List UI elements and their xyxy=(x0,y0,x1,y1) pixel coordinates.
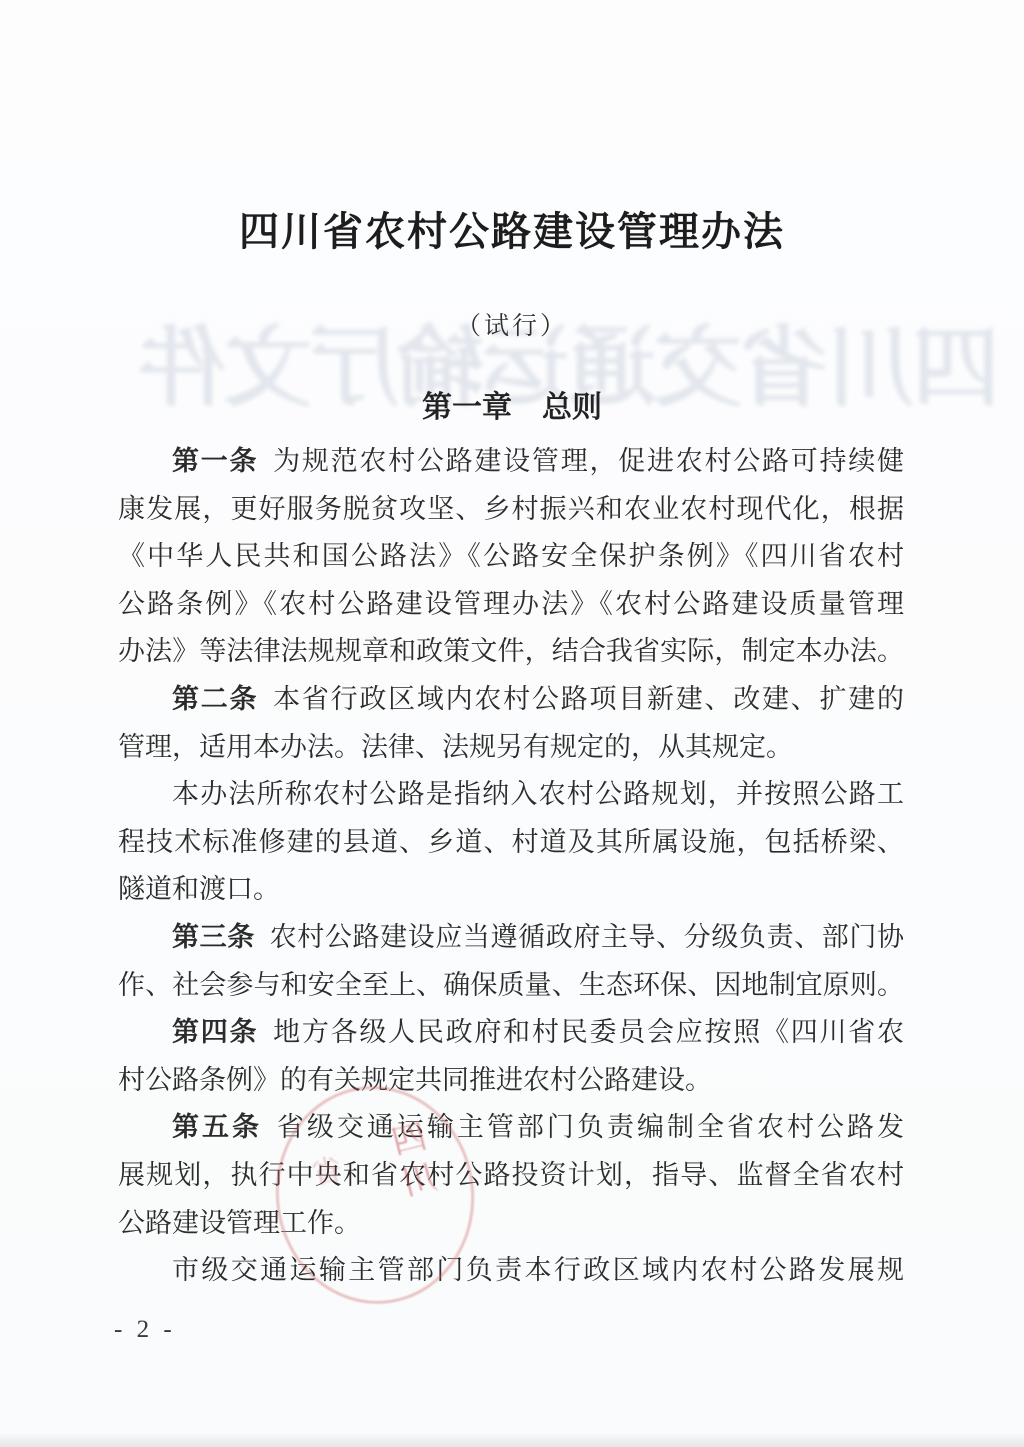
text-line: 第三条农村公路建设应当遵循政府主导、分级负责、部门协 xyxy=(118,914,904,962)
page-number: - 2 - xyxy=(114,1316,176,1344)
seal-text-column: 四川 xyxy=(384,1115,452,1208)
text-line: 第二条本省行政区域内农村公路项目新建、改建、扩建的 xyxy=(118,676,904,724)
text-line-content: 本省行政区域内农村公路项目新建、改建、扩建的 xyxy=(273,684,904,714)
trial-subtitle: （试行） xyxy=(0,306,1024,342)
text-line-content: 为规范农村公路建设管理，促进农村公路可持续健 xyxy=(273,446,904,476)
text-line: 管理，适用本办法。法律、法规另有规定的，从其规定。 xyxy=(118,724,904,772)
article-number-label: 第三条 xyxy=(172,922,255,952)
law-article-3: 第三条农村公路建设应当遵循政府主导、分级负责、部门协 作、社会参与和安全至上、确… xyxy=(118,914,904,1009)
document-page: 四川省交通运输厅文件 四川省农村公路建设管理办法 （试行） 第一章 总则 第一条… xyxy=(0,0,1024,1447)
chapter-heading: 第一章 总则 xyxy=(0,382,1024,426)
text-line: 公路建设管理工作。 xyxy=(118,1200,904,1248)
text-line-content: 农村公路建设应当遵循政府主导、分级负责、部门协 xyxy=(270,922,904,952)
scanner-edge-shadow xyxy=(0,1433,1024,1447)
page-title: 四川省农村公路建设管理办法 xyxy=(0,200,1024,257)
law-article-2-definition: 本办法所称农村公路是指纳入农村公路规划，并按照公路工 程技术标准修建的县道、乡道… xyxy=(118,771,904,914)
law-article-5: 第五条省级交通运输主管部门负责编制全省农村公路发 展规划，执行中央和省农村公路投… xyxy=(118,1104,904,1247)
text-line: 《中华人民共和国公路法》《公路安全保护条例》《四川省农村 xyxy=(118,533,904,581)
text-line-content: 地方各级人民政府和村民委员会应按照《四川省农 xyxy=(273,1017,904,1047)
law-article-5-continued: 市级交通运输主管部门负责本行政区域内农村公路发展规 xyxy=(118,1247,904,1295)
text-line-content: 市级交通运输主管部门负责本行政区域内农村公路发展规 xyxy=(172,1255,904,1285)
document-body: 第一条为规范农村公路建设管理，促进农村公路可持续健 康发展，更好服务脱贫攻坚、乡… xyxy=(118,438,904,1295)
text-line: 第四条地方各级人民政府和村民委员会应按照《四川省农 xyxy=(118,1009,904,1057)
text-line-content: 本办法所称农村公路是指纳入农村公路规划，并按照公路工 xyxy=(172,779,904,809)
text-line: 作、社会参与和安全至上、确保质量、生态环保、因地制宜原则。 xyxy=(118,962,904,1010)
law-article-4: 第四条地方各级人民政府和村民委员会应按照《四川省农 村公路条例》的有关规定共同推… xyxy=(118,1009,904,1104)
text-line: 隧道和渡口。 xyxy=(118,866,904,914)
text-line: 市级交通运输主管部门负责本行政区域内农村公路发展规 xyxy=(118,1247,904,1295)
law-article-1: 第一条为规范农村公路建设管理，促进农村公路可持续健 康发展，更好服务脱贫攻坚、乡… xyxy=(118,438,904,676)
text-line: 第五条省级交通运输主管部门负责编制全省农村公路发 xyxy=(118,1104,904,1152)
law-article-2: 第二条本省行政区域内农村公路项目新建、改建、扩建的 管理，适用本办法。法律、法规… xyxy=(118,676,904,771)
seal-text-column: 省 xyxy=(306,1149,358,1197)
article-number-label: 第二条 xyxy=(172,684,258,714)
text-line: 本办法所称农村公路是指纳入农村公路规划，并按照公路工 xyxy=(118,771,904,819)
article-number-label: 第一条 xyxy=(172,446,258,476)
text-line: 程技术标准修建的县道、乡道、村道及其所属设施，包括桥梁、 xyxy=(118,819,904,867)
text-line: 村公路条例》的有关规定共同推进农村公路建设。 xyxy=(118,1057,904,1105)
text-line: 公路条例》《农村公路建设管理办法》《农村公路建设质量管理 xyxy=(118,581,904,629)
text-line: 办法》等法律法规规章和政策文件，结合我省实际，制定本办法。 xyxy=(118,628,904,676)
article-number-label: 第五条 xyxy=(172,1112,262,1142)
text-line: 展规划，执行中央和省农村公路投资计划，指导、监督全省农村 xyxy=(118,1152,904,1200)
text-line: 第一条为规范农村公路建设管理，促进农村公路可持续健 xyxy=(118,438,904,486)
article-number-label: 第四条 xyxy=(172,1017,258,1047)
text-line: 康发展，更好服务脱贫攻坚、乡村振兴和农业农村现代化，根据 xyxy=(118,486,904,534)
